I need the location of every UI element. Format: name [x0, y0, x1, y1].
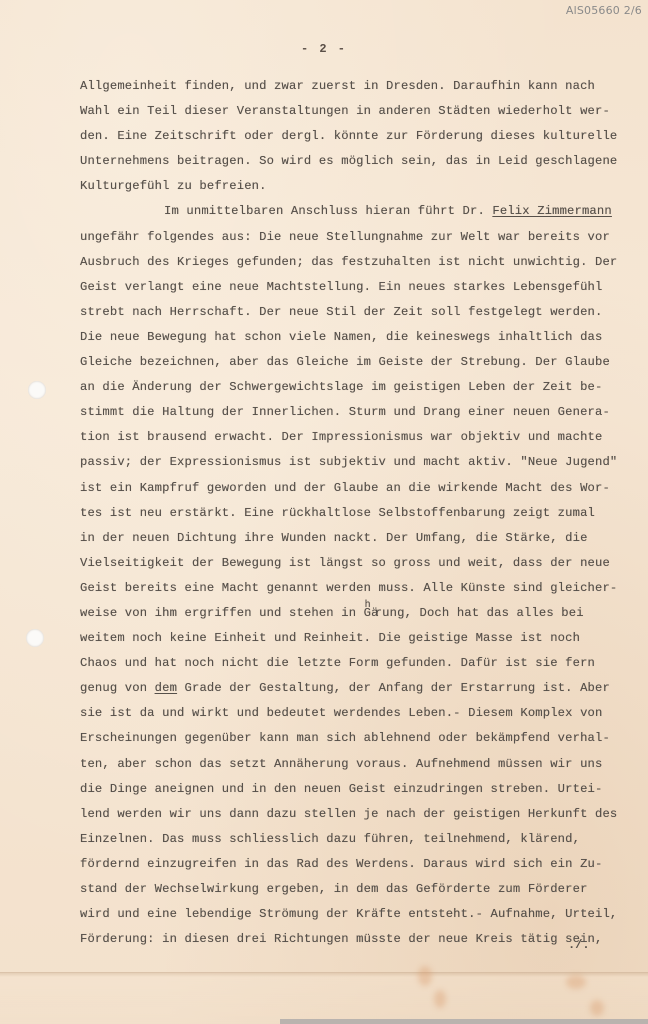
text-span: Grade der Gestaltung, der Anfang der Ers… — [177, 681, 610, 695]
text-line: Die neue Bewegung hat schon viele Namen,… — [80, 325, 648, 350]
text-line: tes ist neu erstärkt. Eine rückhaltlose … — [80, 501, 648, 526]
text-line: stimmt die Haltung der Innerlichen. Stur… — [80, 400, 648, 425]
archive-id: AlS05660 2/6 — [566, 4, 642, 17]
text-line: Gleiche bezeichnen, aber das Gleiche im … — [80, 350, 648, 375]
text-line: den. Eine Zeitschrift oder dergl. könnte… — [80, 124, 648, 149]
page-number: - 2 - — [0, 42, 648, 56]
text-line: Kulturgefühl zu befreien. — [80, 174, 648, 199]
paper-stain — [590, 1000, 604, 1016]
text-line: stand der Wechselwirkung ergeben, in dem… — [80, 877, 648, 902]
text-line: Wahl ein Teil dieser Veranstaltungen in … — [80, 99, 648, 124]
text-line: tion ist brausend erwacht. Der Impressio… — [80, 425, 648, 450]
paper-fold — [0, 972, 648, 1024]
text-line: ist ein Kampfruf geworden und der Glaube… — [80, 476, 648, 501]
document-page: AlS05660 2/6 - 2 - Allgemeinheit finden,… — [0, 0, 648, 1024]
text-line: in der neuen Dichtung ihre Wunden nackt.… — [80, 526, 648, 551]
text-line: die Dinge aneignen und in den neuen Geis… — [80, 777, 648, 802]
underlined-name: Felix Zimmermann — [492, 204, 611, 218]
text-line: Chaos und hat noch nicht die letzte Form… — [80, 651, 648, 676]
text-span: Im unmittelbaren Anschluss hieran führt … — [164, 204, 492, 218]
text-line: ten, aber schon das setzt Annäherung vor… — [80, 752, 648, 777]
body-text: Allgemeinheit finden, und zwar zuerst in… — [80, 74, 648, 952]
text-line: Geist verlangt eine neue Machtstellung. … — [80, 275, 648, 300]
text-line: Geist bereits eine Macht genannt werden … — [80, 576, 648, 601]
text-line: sie ist da und wirkt und bedeutet werden… — [80, 701, 648, 726]
text-line: Einzelnen. Das muss schliesslich dazu fü… — [80, 827, 648, 852]
text-line: Im unmittelbaren Anschluss hieran führt … — [80, 199, 648, 224]
text-line: strebt nach Herrschaft. Der neue Stil de… — [80, 300, 648, 325]
text-line: ungefähr folgendes aus: Die neue Stellun… — [80, 225, 648, 250]
text-line: Erscheinungen gegenüber kann man sich ab… — [80, 726, 648, 751]
underlined-word: dem — [155, 681, 177, 695]
text-line: an die Änderung der Schwergewichtslage i… — [80, 375, 648, 400]
punch-hole — [28, 381, 46, 399]
continuation-mark: ./. — [568, 938, 590, 952]
scan-edge — [280, 1019, 648, 1024]
text-line: genug von dem Grade der Gestaltung, der … — [80, 676, 648, 701]
handwritten-insertion: h — [365, 600, 371, 611]
text-line: weise von ihm ergriffen und stehen in Gä… — [80, 601, 648, 626]
punch-hole — [26, 629, 44, 647]
paper-stain — [566, 975, 586, 989]
text-line: passiv; der Expressionismus ist subjekti… — [80, 450, 648, 475]
text-line: weitem noch keine Einheit und Reinheit. … — [80, 626, 648, 651]
text-line: wird und eine lebendige Strömung der Krä… — [80, 902, 648, 927]
text-line: fördernd einzugreifen in das Rad des Wer… — [80, 852, 648, 877]
text-line: Unternehmens beitragen. So wird es mögli… — [80, 149, 648, 174]
text-line: lend werden wir uns dann dazu stellen je… — [80, 802, 648, 827]
text-line: Vielseitigkeit der Bewegung ist längst s… — [80, 551, 648, 576]
text-span: genug von — [80, 681, 155, 695]
paper-stain — [434, 990, 446, 1008]
text-line: Förderung: in diesen drei Richtungen müs… — [80, 927, 648, 952]
text-span: weise von ihm ergriffen und stehen in — [80, 606, 364, 620]
text-span: rung, Doch hat das alles bei — [375, 606, 584, 620]
paper-stain — [418, 966, 432, 986]
text-line: Allgemeinheit finden, und zwar zuerst in… — [80, 74, 648, 99]
text-line: Ausbruch des Krieges gefunden; das festz… — [80, 250, 648, 275]
